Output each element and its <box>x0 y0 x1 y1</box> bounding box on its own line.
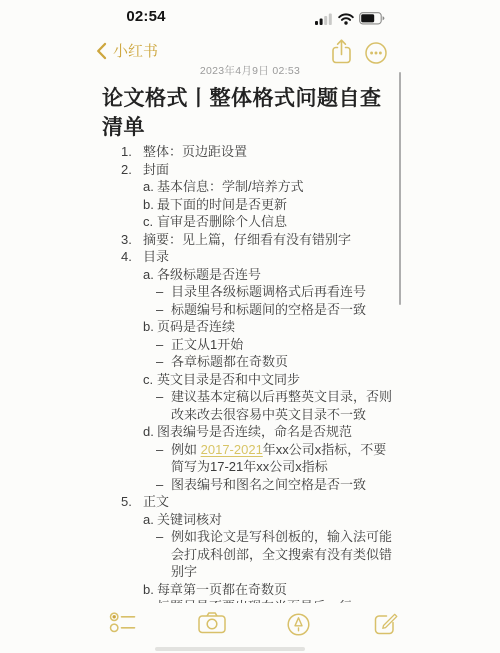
list-marker: – <box>156 441 171 459</box>
list-item: 1.整体：页边距设置 <box>0 143 500 161</box>
list-item-text: 正文 <box>143 493 395 511</box>
list-item-text: 图表编号是否连续，命名是否规范 <box>157 423 395 441</box>
list-item-text: 最下面的时间是否更新 <box>157 196 395 214</box>
share-icon <box>330 38 353 65</box>
list-item-text: 每章第一页都在奇数页 <box>157 581 395 599</box>
list-marker: b. <box>143 581 157 599</box>
list-item-text: 封面 <box>143 161 395 179</box>
list-marker: 2. <box>121 161 143 179</box>
scrollbar[interactable] <box>399 72 401 305</box>
list-marker: – <box>156 301 171 319</box>
back-button[interactable]: 小红书 <box>96 40 158 61</box>
compose-icon <box>372 611 399 638</box>
list-item: –标题编号和标题间的空格是否一致 <box>0 301 500 319</box>
list-marker: – <box>156 336 171 354</box>
list-item: c.盲审是否删除个人信息 <box>0 213 500 231</box>
list-item-text: 基本信息：学制/培养方式 <box>157 178 395 196</box>
list-item-text: 盲审是否删除个人信息 <box>157 213 395 231</box>
list-item: 4.目录 <box>0 248 500 266</box>
list-item-text: 目录 <box>143 248 395 266</box>
status-bar: 02:54 <box>0 6 500 30</box>
list-item-text: 摘要：见上篇，仔细看有没有错别字 <box>143 231 395 249</box>
chevron-left-icon <box>96 42 107 60</box>
wifi-icon <box>338 13 354 25</box>
list-item: 3.摘要：见上篇，仔细看有没有错别字 <box>0 231 500 249</box>
list-marker: c. <box>143 371 157 389</box>
list-item-text: 各级标题是否连号 <box>157 266 395 284</box>
text-span: 别字 <box>171 564 197 579</box>
text-span: 会打成科创部，全文搜索有没有类似错 <box>171 547 392 562</box>
list-item: b.最下面的时间是否更新 <box>0 196 500 214</box>
list-item-text: 整体：页边距设置 <box>143 143 395 161</box>
inline-link[interactable]: 2017-2021 <box>201 442 263 457</box>
battery-icon <box>359 12 385 25</box>
list-item: c.英文目录是否和中文同步 <box>0 371 500 389</box>
markup-pen-icon <box>285 611 312 638</box>
list-marker: 3. <box>121 231 143 249</box>
list-marker: b. <box>143 196 157 214</box>
list-marker: – <box>156 388 171 406</box>
list-item: –例如我论文是写科创板的，输入法可能会打成科创部，全文搜索有没有类似错别字 <box>0 528 500 581</box>
list-item: d.图表编号是否连续，命名是否规范 <box>0 423 500 441</box>
list-marker: 4. <box>121 248 143 266</box>
markup-button[interactable] <box>285 611 312 638</box>
share-button[interactable] <box>330 38 353 65</box>
list-marker: – <box>156 476 171 494</box>
note-title[interactable]: 论文格式丨整体格式问题自查清单 <box>102 84 397 142</box>
camera-button[interactable] <box>198 611 226 634</box>
list-item-text: 正文从1开始 <box>171 336 395 354</box>
list-marker: b. <box>143 318 157 336</box>
list-item-text: 标题编号和标题间的空格是否一致 <box>171 301 395 319</box>
list-item-text: 英文目录是否和中文同步 <box>157 371 395 389</box>
list-marker: a. <box>143 178 157 196</box>
status-time: 02:54 <box>118 8 174 25</box>
cellular-signal-icon <box>315 13 333 25</box>
list-item: a.关键词核对 <box>0 511 500 529</box>
bottom-toolbar <box>0 603 500 653</box>
list-item: b.每章第一页都在奇数页 <box>0 581 500 599</box>
list-item: –例如 2017-2021年xx公司x指标，不要简写为17-21年xx公司x指标 <box>0 441 500 476</box>
list-item-text: 建议基本定稿以后再整英文目录，否则改来改去很容易中英文目录不一致 <box>171 388 395 423</box>
list-item: –目录里各级标题调格式后再看连号 <box>0 283 500 301</box>
list-item: –正文从1开始 <box>0 336 500 354</box>
list-item-text: 各章标题都在奇数页 <box>171 353 395 371</box>
list-marker: 5. <box>121 493 143 511</box>
nav-bar: 小红书 <box>0 38 500 66</box>
text-span: 例如我论文是写科创板的，输入法可能 <box>171 529 392 544</box>
checklist-icon <box>109 611 136 634</box>
list-item: –图表编号和图名之间空格是否一致 <box>0 476 500 494</box>
list-marker: – <box>156 283 171 301</box>
list-item-text: 页码是否连续 <box>157 318 395 336</box>
list-item-text: 目录里各级标题调格式后再看连号 <box>171 283 395 301</box>
list-item-text: 关键词核对 <box>157 511 395 529</box>
note-date: 2023年4月9日 02:53 <box>0 63 500 78</box>
compose-button[interactable] <box>372 611 399 638</box>
list-marker: 1. <box>121 143 143 161</box>
list-item: a.各级标题是否连号 <box>0 266 500 284</box>
back-label: 小红书 <box>113 40 158 61</box>
list-item: 2.封面 <box>0 161 500 179</box>
text-span: 建议基本定稿以后再整英文目录，否则 <box>171 389 392 404</box>
list-marker: d. <box>143 423 157 441</box>
text-span: 简写为17-21年xx公司x指标 <box>171 459 328 474</box>
text-span: 例如 <box>171 442 201 457</box>
list-item-text: 例如 2017-2021年xx公司x指标，不要简写为17-21年xx公司x指标 <box>171 441 395 476</box>
list-item: –建议基本定稿以后再整英文目录，否则改来改去很容易中英文目录不一致 <box>0 388 500 423</box>
list-item-text: 例如我论文是写科创板的，输入法可能会打成科创部，全文搜索有没有类似错别字 <box>171 528 395 581</box>
list-item: 5.正文 <box>0 493 500 511</box>
list-marker: a. <box>143 266 157 284</box>
list-item: –各章标题都在奇数页 <box>0 353 500 371</box>
list-marker: a. <box>143 511 157 529</box>
note-list[interactable]: 1.整体：页边距设置2.封面a.基本信息：学制/培养方式b.最下面的时间是否更新… <box>0 143 500 605</box>
list-marker: c. <box>143 213 157 231</box>
camera-icon <box>198 611 226 634</box>
home-indicator <box>155 647 305 651</box>
list-item: a.基本信息：学制/培养方式 <box>0 178 500 196</box>
list-item-text: 图表编号和图名之间空格是否一致 <box>171 476 395 494</box>
list-marker: – <box>156 528 171 546</box>
checklist-button[interactable] <box>109 611 136 634</box>
list-item: b.页码是否连续 <box>0 318 500 336</box>
text-span: 年xx公司x指标，不要 <box>263 442 387 457</box>
list-marker: – <box>156 353 171 371</box>
text-span: 改来改去很容易中英文目录不一致 <box>171 407 366 422</box>
status-icons <box>315 12 385 25</box>
